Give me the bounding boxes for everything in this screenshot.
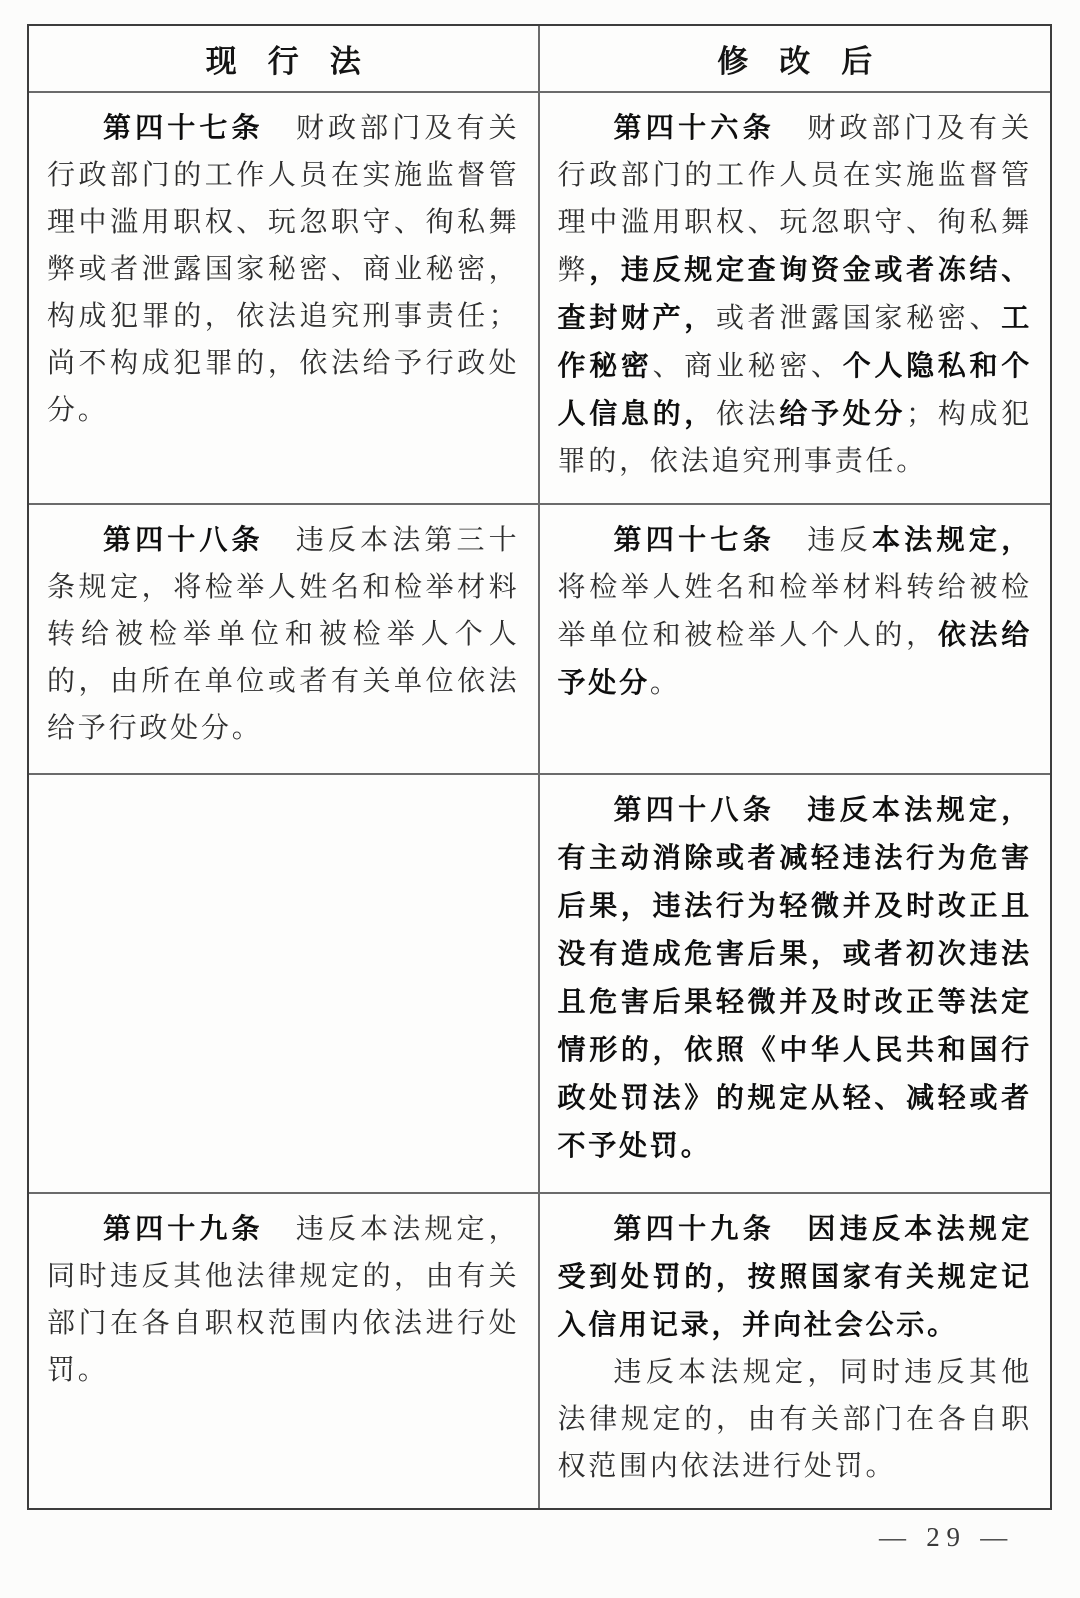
revised-bold-text: 第四十九条	[103, 1212, 296, 1245]
revised-bold-text: 第四十六条	[614, 111, 808, 144]
body-text: 或者泄露国家秘密、	[716, 303, 1001, 334]
revised-bold-text: 第四十七条	[103, 111, 296, 144]
revised-bold-text: 给予处分	[779, 397, 906, 430]
current-law-cell-article-47: 第四十七条 财政部门及有关行政部门的工作人员在实施监督管理中滥用职权、玩忽职守、…	[29, 93, 540, 503]
revised-bold-text: 第四十八条 违反本法规定，有主动消除或者减轻违法行为危害后果，违法行为轻微并及时…	[558, 793, 1033, 1162]
table-row-article-48-47: 第四十八条 违反本法第三十条规定，将检举人姓名和检举材料转给被检举单位和被检举人…	[29, 505, 1050, 775]
paragraph: 第四十九条 因违反本法规定受到处罚的，按照国家有关规定记入信用记录，并向社会公示…	[558, 1205, 1033, 1349]
paragraph: 第四十七条 财政部门及有关行政部门的工作人员在实施监督管理中滥用职权、玩忽职守、…	[47, 104, 520, 434]
revised-cell-article-46: 第四十六条 财政部门及有关行政部门的工作人员在实施监督管理中滥用职权、玩忽职守、…	[540, 93, 1051, 503]
paragraph: 第四十六条 财政部门及有关行政部门的工作人员在实施监督管理中滥用职权、玩忽职守、…	[558, 104, 1033, 485]
paragraph: 违反本法规定，同时违反其他法律规定的，由有关部门在各自职权范围内依法进行处罚。	[558, 1349, 1033, 1490]
revised-bold-text: 第四十九条 因违反本法规定受到处罚的，按照国家有关规定记入信用记录，并向社会公示…	[558, 1212, 1033, 1341]
current-law-cell-empty	[29, 775, 540, 1192]
body-text: 依法	[716, 399, 779, 430]
body-text: 违反本法第三十条规定，将检举人姓名和检举材料转给被检举单位和被检举人个人的，由所…	[47, 525, 520, 744]
revised-bold-text: 第四十七条	[614, 523, 808, 556]
table-header-row: 现行法 修改后	[29, 26, 1050, 93]
body-text: 违反	[807, 525, 872, 556]
revised-bold-text: 本法规定，	[872, 523, 1032, 556]
revised-cell-article-48: 第四十八条 违反本法规定，有主动消除或者减轻违法行为危害后果，违法行为轻微并及时…	[540, 775, 1051, 1192]
paragraph: 第四十九条 违反本法规定，同时违反其他法律规定的，由有关部门在各自职权范围内依法…	[47, 1205, 520, 1394]
paragraph: 第四十八条 违反本法规定，有主动消除或者减轻违法行为危害后果，违法行为轻微并及时…	[558, 786, 1033, 1170]
paragraph: 第四十八条 违反本法第三十条规定，将检举人姓名和检举材料转给被检举单位和被检举人…	[47, 516, 520, 752]
revised-cell-article-47: 第四十七条 违反本法规定，将检举人姓名和检举材料转给被检举单位和被检举人个人的，…	[540, 505, 1051, 773]
header-cell-current-law: 现行法	[29, 26, 540, 91]
revised-cell-article-49: 第四十九条 因违反本法规定受到处罚的，按照国家有关规定记入信用记录，并向社会公示…	[540, 1194, 1051, 1508]
header-cell-revised: 修改后	[540, 26, 1051, 91]
revised-header-label: 修改后	[717, 36, 903, 81]
paragraph: 第四十七条 违反本法规定，将检举人姓名和检举材料转给被检举单位和被检举人个人的，…	[558, 516, 1033, 707]
current-law-cell-article-49: 第四十九条 违反本法规定，同时违反其他法律规定的，由有关部门在各自职权范围内依法…	[29, 1194, 540, 1508]
page-number: — 29 —	[879, 1522, 1014, 1553]
current-law-cell-article-48: 第四十八条 违反本法第三十条规定，将检举人姓名和检举材料转给被检举单位和被检举人…	[29, 505, 540, 773]
current-law-header-label: 现行法	[206, 36, 392, 81]
body-text: 。	[650, 668, 681, 699]
table-row-article-new-48: 第四十八条 违反本法规定，有主动消除或者减轻违法行为危害后果，违法行为轻微并及时…	[29, 775, 1050, 1194]
law-comparison-table: 现行法 修改后 第四十七条 财政部门及有关行政部门的工作人员在实施监督管理中滥用…	[27, 24, 1052, 1510]
table-row-article-49-49: 第四十九条 违反本法规定，同时违反其他法律规定的，由有关部门在各自职权范围内依法…	[29, 1194, 1050, 1508]
body-text: 违反本法规定，同时违反其他法律规定的，由有关部门在各自职权范围内依法进行处罚。	[558, 1357, 1033, 1482]
body-text: 、商业秘密、	[653, 351, 843, 382]
revised-bold-text: 第四十八条	[103, 523, 296, 556]
table-row-article-47-46: 第四十七条 财政部门及有关行政部门的工作人员在实施监督管理中滥用职权、玩忽职守、…	[29, 93, 1050, 505]
body-text: 财政部门及有关行政部门的工作人员在实施监督管理中滥用职权、玩忽职守、徇私舞弊或者…	[47, 113, 520, 426]
